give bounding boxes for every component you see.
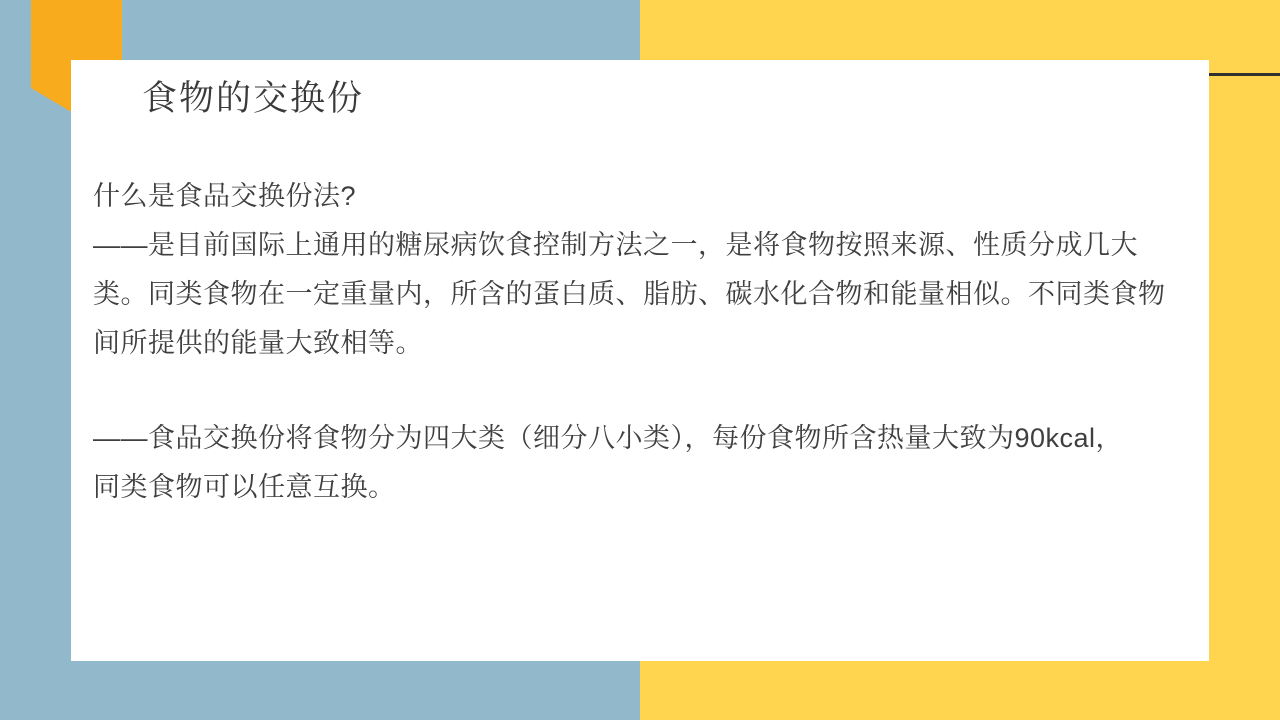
content-card: 食物的交换份 什么是食品交换份法? ——是目前国际上通用的糖尿病饮食控制方法之一… (71, 60, 1209, 661)
text-line: 同类食物可以任意互换。 (93, 463, 1188, 512)
slide-title: 食物的交换份 (142, 76, 364, 121)
presentation-slide: 食物的交换份 什么是食品交换份法? ——是目前国际上通用的糖尿病饮食控制方法之一… (0, 0, 1280, 720)
text-line: ——食品交换份将食物分为四大类（细分八小类），每份食物所含热量大致为90kcal… (93, 414, 1188, 463)
paragraph-definition: 什么是食品交换份法? ——是目前国际上通用的糖尿病饮食控制方法之一，是将食物按照… (93, 172, 1188, 368)
decorative-line (1209, 73, 1280, 76)
text-line: 类。同类食物在一定重量内，所含的蛋白质、脂肪、碳水化合物和能量相似。不同类食物 (93, 270, 1188, 319)
paragraph-categories: ——食品交换份将食物分为四大类（细分八小类），每份食物所含热量大致为90kcal… (93, 414, 1188, 512)
body-text-block: 什么是食品交换份法? ——是目前国际上通用的糖尿病饮食控制方法之一，是将食物按照… (93, 172, 1188, 512)
text-line: 间所提供的能量大致相等。 (93, 319, 1188, 368)
paragraph-spacer (93, 368, 1188, 414)
text-line: ——是目前国际上通用的糖尿病饮食控制方法之一，是将食物按照来源、性质分成几大 (93, 221, 1188, 270)
text-line: 什么是食品交换份法? (93, 172, 1188, 221)
